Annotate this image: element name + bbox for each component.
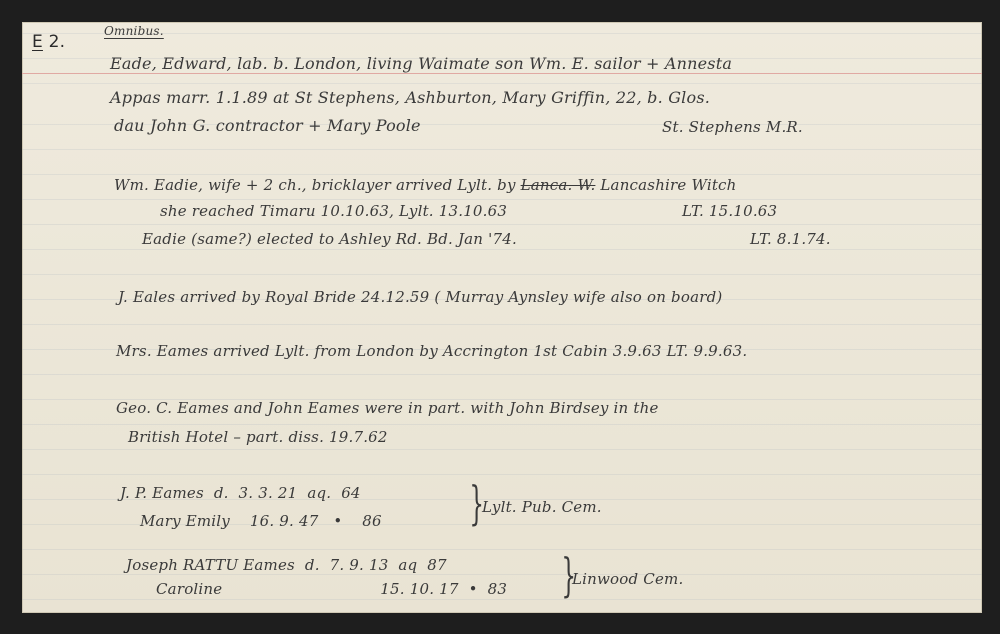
entry-geo-eames-line-1: Geo. C. Eames and John Eames were in par… [116,399,659,417]
reference-number: 2. [49,32,66,52]
entry-eade-line-1: Eade, Edward, lab. b. London, living Wai… [110,54,732,73]
index-card: E 2. Omnibus. Eade, Edward, lab. b. Lond… [22,22,982,613]
entry-eadie-lt-date-2: LT. 8.1.74. [750,230,831,248]
reference-letter: E [32,32,43,52]
entry-eales: J. Eales arrived by Royal Bride 24.12.59… [118,288,722,306]
burial-row: Joseph RATTU Eames d. 7. 9. 13 aq 87 [126,556,447,574]
entry-eade-line-3: dau John G. contractor + Mary Poole [114,116,421,135]
burial-date: 7. 9. 13 [330,556,389,574]
struck-out-text: Lanca. W. [521,176,596,194]
burial-age: 64 [341,484,361,502]
margin-rule [22,73,982,74]
burial-date: 3. 3. 21 [239,484,298,502]
burial-name: Joseph RATTU Eames [126,556,295,574]
burial-row: J. P. Eames d. 3. 3. 21 aq. 64 [120,484,361,502]
burial-name: Caroline [156,580,222,598]
entry-eade-marriage-register: St. Stephens M.R. [662,118,803,136]
burial-prefix: d. [214,484,229,502]
ship-name: Lancashire Witch [600,176,736,194]
entry-eadie-line-3: Eadie (same?) elected to Ashley Rd. Bd. … [142,230,517,248]
entry-eadie-line-1: Wm. Eadie, wife + 2 ch., bricklayer arri… [114,176,737,194]
burial-age-label: • [333,512,342,530]
burial-age: 87 [427,556,447,574]
burial-age-label: • [469,580,478,598]
entry-mrs-eames: Mrs. Eames arrived Lylt. from London by … [116,342,747,360]
burial-cemetery: Linwood Cem. [572,570,683,588]
burial-age: 86 [362,512,382,530]
burial-age: 83 [488,580,508,598]
card-reference: E 2. [32,32,65,52]
entry-eadie-lt-date-1: LT. 15.10.63 [682,202,777,220]
burial-date: 15. 10. 17 [380,580,458,598]
burial-row: Mary Emily 16. 9. 47 • 86 [140,512,382,530]
burial-prefix: d. [305,556,320,574]
burial-name: Mary Emily [140,512,230,530]
burial-age-label: aq. [307,484,331,502]
card-heading: Omnibus. [104,24,164,38]
burial-age-label: aq [398,556,417,574]
burial-name: J. P. Eames [120,484,204,502]
burial-date: 16. 9. 47 [250,512,319,530]
entry-geo-eames-line-2: British Hotel – part. diss. 19.7.62 [128,428,388,446]
entry-eade-line-2: Appas marr. 1.1.89 at St Stephens, Ashbu… [110,88,710,107]
burial-row: Caroline 15. 10. 17 • 83 [156,580,507,598]
burial-cemetery: Lylt. Pub. Cem. [482,498,602,516]
entry-eadie-line-1-text: Wm. Eadie, wife + 2 ch., bricklayer arri… [114,176,516,194]
entry-eadie-line-2: she reached Timaru 10.10.63, Lylt. 13.10… [160,202,507,220]
